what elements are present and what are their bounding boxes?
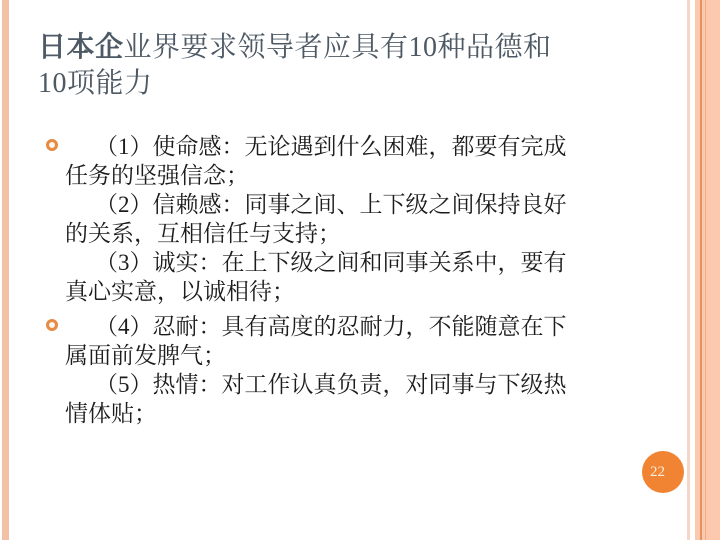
right-thin-stripe xyxy=(687,0,690,540)
title-line1-bold-prefix: 日本企 xyxy=(38,32,124,63)
page-number: 22 xyxy=(642,464,665,481)
bullet-item: （1）使命感：无论遇到什么困难，都要有完成 任务的坚强信念； （2）信赖感：同事… xyxy=(38,132,658,306)
right-band-dark-line xyxy=(700,0,702,540)
right-band-soft-line xyxy=(705,0,706,540)
body-line: 的关系，互相信任与支持； xyxy=(65,219,658,248)
body-line: 情体贴； xyxy=(65,399,658,428)
slide-body: （1）使命感：无论遇到什么困难，都要有完成 任务的坚强信念； （2）信赖感：同事… xyxy=(38,132,658,428)
body-line: 属面前发脾气； xyxy=(65,341,658,370)
body-line: （1）使命感：无论遇到什么困难，都要有完成 xyxy=(95,132,658,161)
ring-bullet-icon xyxy=(46,319,58,331)
right-border-band xyxy=(695,0,720,540)
left-border-stripe xyxy=(2,0,9,540)
title-line2: 10项能力 xyxy=(38,66,638,102)
page-title: 日本企业界要求领导者应具有10种品德和 10项能力 xyxy=(38,30,638,102)
body-line: 任务的坚强信念； xyxy=(65,161,658,190)
body-line: （2）信赖感：同事之间、上下级之间保持良好 xyxy=(95,190,658,219)
body-line: 真心实意，以诚相待； xyxy=(65,277,658,306)
ring-bullet-icon xyxy=(46,139,58,151)
page-number-badge: 22 xyxy=(642,451,684,493)
body-line: （4）忍耐：具有高度的忍耐力，不能随意在下 xyxy=(95,312,658,341)
body-line: （3）诚实：在上下级之间和同事关系中，要有 xyxy=(95,248,658,277)
title-line1: 日本企业界要求领导者应具有10种品德和 xyxy=(38,30,638,66)
presentation-slide: 日本企业界要求领导者应具有10种品德和 10项能力 （1）使命感：无论遇到什么困… xyxy=(0,0,720,540)
title-line1-rest: 业界要求领导者应具有10种品德和 xyxy=(124,32,552,63)
bullet-item: （4）忍耐：具有高度的忍耐力，不能随意在下 属面前发脾气； （5）热情：对工作认… xyxy=(38,312,658,428)
body-line: （5）热情：对工作认真负责，对同事与下级热 xyxy=(95,370,658,399)
